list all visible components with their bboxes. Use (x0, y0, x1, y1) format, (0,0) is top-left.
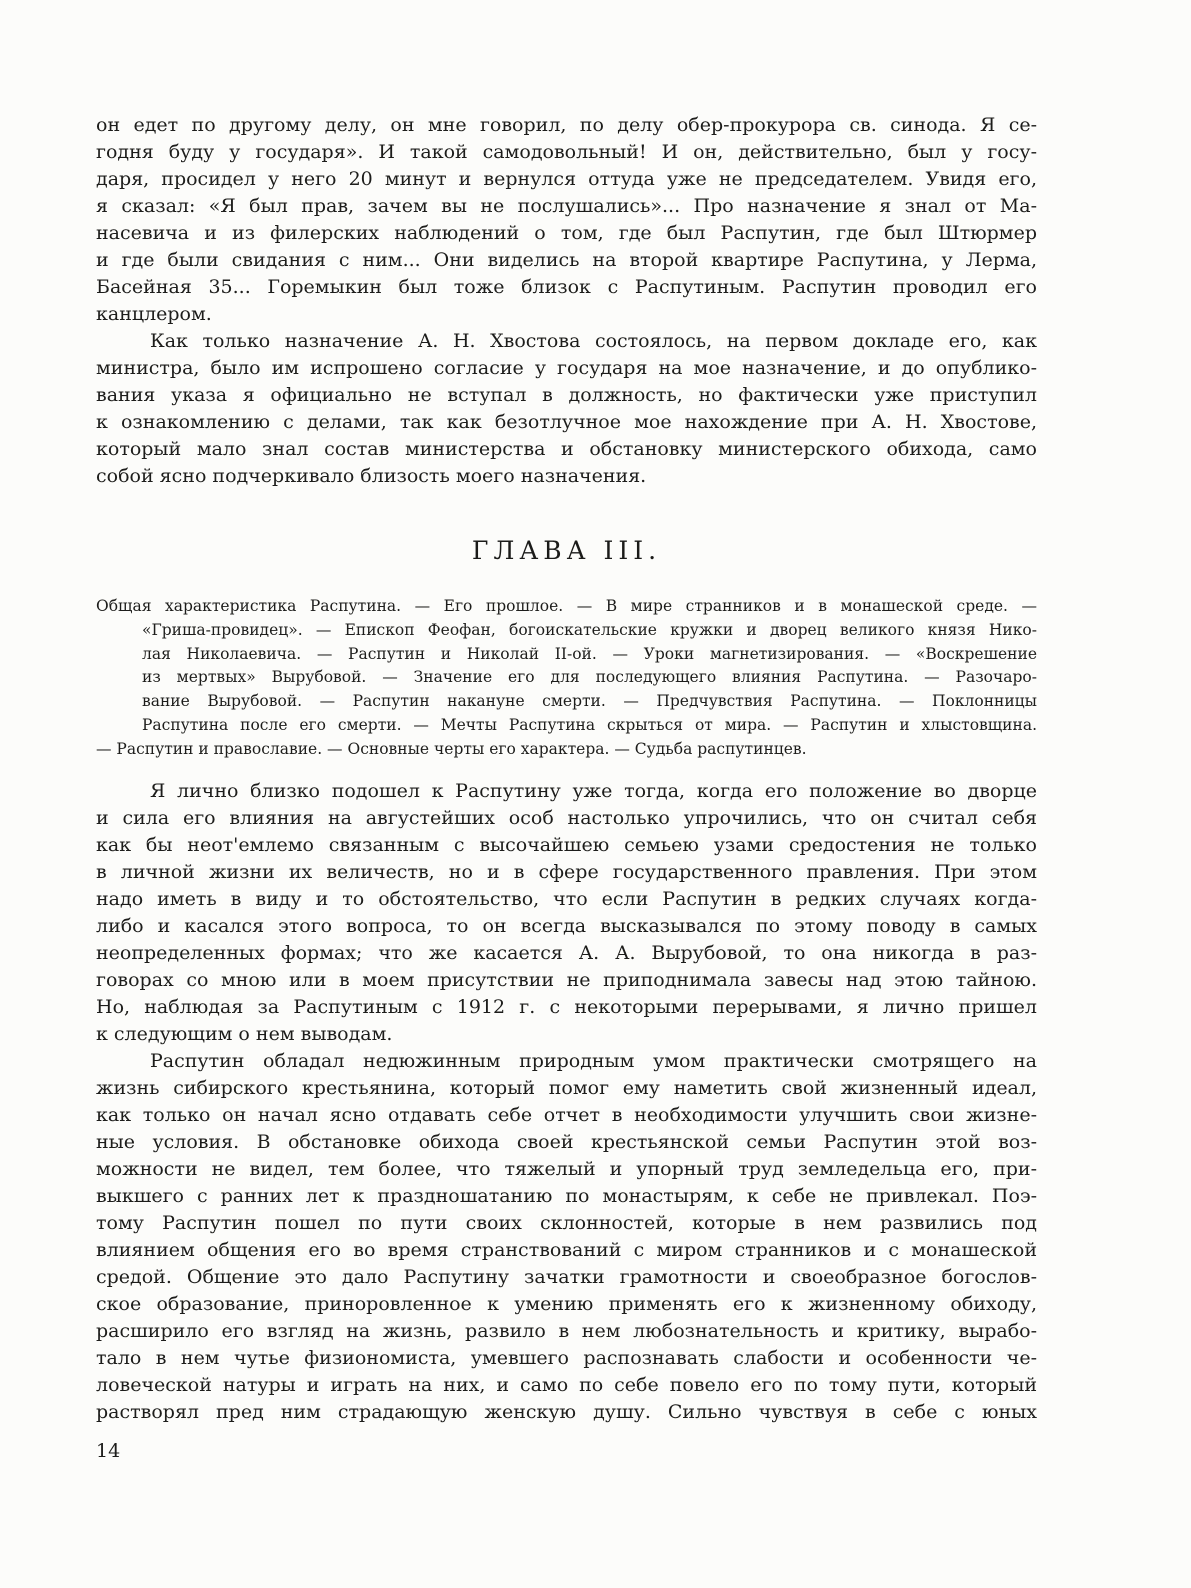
text-line: Я лично близко подошел к Распутину уже т… (96, 778, 1037, 805)
paragraph-continuation: он едет по другому делу, он мне говорил,… (96, 112, 1037, 328)
text-line: жизнь сибирского крестьянина, который по… (96, 1075, 1037, 1102)
paragraph-rasputin-character: Распутин обладал недюжинным природным ум… (96, 1048, 1037, 1426)
text-line: надо иметь в виду и то обстоятельство, ч… (96, 886, 1037, 913)
text-line: тому Распутин пошел по пути своих склонн… (96, 1210, 1037, 1237)
text-line: из мертвых» Вырубовой. — Значение его дл… (96, 666, 1037, 690)
text-line: тало в нем чутье физиономиста, умевшего … (96, 1345, 1037, 1372)
chapter-heading: ГЛАВА III. (96, 536, 1037, 565)
text-line: и где были свидания с ним... Они виделис… (96, 247, 1037, 274)
book-page-scan: он едет по другому делу, он мне говорил,… (0, 0, 1191, 1588)
text-line: Но, наблюдая за Распутиным с 1912 г. с н… (96, 994, 1037, 1021)
text-line: расширило его взгляд на жизнь, развило в… (96, 1318, 1037, 1345)
text-line: говорах со мною или в моем присутствии н… (96, 967, 1037, 994)
paragraph-appointment: Как только назначение А. Н. Хвостова сос… (96, 328, 1037, 490)
text-line: влиянием общения его во время странствов… (96, 1237, 1037, 1264)
text-line: неопределенных формах; что же касается А… (96, 940, 1037, 967)
text-line: ловеческой натуры и играть на них, и сам… (96, 1372, 1037, 1399)
text-line: канцлером. (96, 301, 1037, 328)
text-line: как только он начал ясно отдавать себе о… (96, 1102, 1037, 1129)
text-line: который мало знал состав министерства и … (96, 436, 1037, 463)
text-line: как бы неот'емлемо связанным с высочайше… (96, 832, 1037, 859)
text-line: к следующим о нем выводам. (96, 1021, 1037, 1048)
text-line: Общая характеристика Распутина. — Его пр… (96, 595, 1037, 619)
text-line: и сила его влияния на августейших особ н… (96, 805, 1037, 832)
text-line: насевича и из филерских наблюдений о том… (96, 220, 1037, 247)
text-line: годня буду у государя». И такой самодово… (96, 139, 1037, 166)
text-line: ные условия. В обстановке обихода своей … (96, 1129, 1037, 1156)
paragraph-rasputin-approach: Я лично близко подошел к Распутину уже т… (96, 778, 1037, 1048)
text-line: собой ясно подчеркивало близость моего н… (96, 463, 1037, 490)
text-line: Распутин обладал недюжинным природным ум… (96, 1048, 1037, 1075)
text-line: вание Вырубовой. — Распутин накануне сме… (96, 690, 1037, 714)
page-number: 14 (96, 1440, 1037, 1462)
text-line: к ознакомлению с делами, так как безотлу… (96, 409, 1037, 436)
text-line: министра, было им испрошено согласие у г… (96, 355, 1037, 382)
text-line: Как только назначение А. Н. Хвостова сос… (96, 328, 1037, 355)
text-line: я сказал: «Я был прав, зачем вы не послу… (96, 193, 1037, 220)
text-line: вания указа я официально не вступал в до… (96, 382, 1037, 409)
text-line: средой. Общение это дало Распутину зачат… (96, 1264, 1037, 1291)
text-line: в личной жизни их величеств, но и в сфер… (96, 859, 1037, 886)
text-line: растворял пред ним страдающую женскую ду… (96, 1399, 1037, 1426)
text-column: он едет по другому делу, он мне говорил,… (96, 112, 1037, 1462)
text-line: «Гриша-провидец». — Епископ Феофан, бого… (96, 619, 1037, 643)
text-line: ское образование, приноровленное к умени… (96, 1291, 1037, 1318)
chapter-summary: Общая характеристика Распутина. — Его пр… (96, 595, 1037, 762)
text-line: лая Николаевича. — Распутин и Николай II… (96, 643, 1037, 667)
text-line: либо и касался этого вопроса, то он всег… (96, 913, 1037, 940)
text-line: — Распутин и православие. — Основные чер… (96, 738, 1037, 762)
text-line: он едет по другому делу, он мне говорил,… (96, 112, 1037, 139)
text-line: можности не видел, тем более, что тяжелы… (96, 1156, 1037, 1183)
text-line: Басейная 35... Горемыкин был тоже близок… (96, 274, 1037, 301)
text-line: Распутина после его смерти. — Мечты Расп… (96, 714, 1037, 738)
text-line: даря, просидел у него 20 минут и вернулс… (96, 166, 1037, 193)
text-line: выкшего с ранних лет к праздношатанию по… (96, 1183, 1037, 1210)
